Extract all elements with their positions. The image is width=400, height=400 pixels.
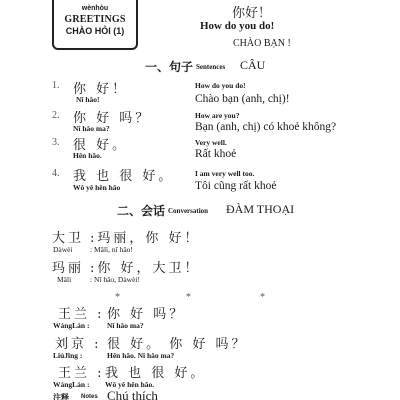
sentence-vietnamese: Rất khoẻ — [195, 148, 236, 160]
speaker-chinese: 大卫 — [52, 227, 84, 246]
speaker-pinyin: Mǎlì — [57, 275, 71, 284]
line-chinese: 很 好。 你 好 吗？ — [107, 333, 248, 352]
sentence-number: 3. — [52, 137, 60, 148]
speaker-chinese: 王兰 : — [58, 362, 105, 381]
line-chinese: 我 也 很 好。 — [105, 362, 206, 381]
sentence-vietnamese: Tôi cũng rất khoẻ — [195, 180, 276, 192]
section-conversation-chinese: 二、会话 — [117, 202, 165, 219]
sentence-english: Very well. — [195, 138, 227, 147]
speaker-pinyin: LiúJīng : — [53, 351, 82, 360]
sentence-pinyin: Nǐ hǎo! — [76, 95, 100, 104]
star: * — [186, 292, 191, 303]
line-chinese: :玛丽，你 好！ — [90, 227, 201, 246]
line-chinese: 你 好 吗？ — [107, 303, 185, 322]
title-english: How do you do! — [200, 20, 274, 32]
title-chinese: 你好！ — [232, 2, 271, 21]
speaker-chinese: 玛丽 — [52, 257, 84, 276]
sentence-english: How do you do! — [195, 81, 246, 90]
notes-english: Notes — [81, 394, 98, 400]
lesson-english: GREETINGS — [54, 14, 136, 25]
line-pinyin: : Nǐ hǎo, Dàwèi! — [90, 275, 140, 284]
line-chinese: :你 好，大卫！ — [90, 257, 201, 276]
lesson-vietnamese: CHÀO HỎI (1) — [54, 26, 136, 36]
notes-chinese: 注释 — [53, 392, 69, 400]
lesson-pinyin: wènhòu — [54, 5, 136, 12]
sentence-number: 1. — [52, 80, 60, 91]
sentence-number: 4. — [52, 168, 60, 179]
lesson-title-box: wènhòu GREETINGS CHÀO HỎI (1) — [52, 0, 138, 50]
speaker-chinese: 刘京 : — [55, 333, 102, 352]
line-pinyin: Nǐ hǎo ma? — [107, 321, 144, 330]
star: * — [115, 292, 120, 303]
star: * — [260, 292, 265, 303]
sentence-number: 2. — [52, 110, 60, 121]
line-pinyin: Hěn hǎo. Nǐ hǎo ma? — [107, 351, 174, 360]
notes-vietnamese: Chú thích — [107, 388, 158, 400]
title-vietnamese: CHÀO BẠN ! — [233, 38, 291, 49]
section-sentences-english: Sentences — [196, 63, 225, 71]
section-conversation-vietnamese: ĐÀM THOẠI — [226, 202, 294, 217]
sentence-vietnamese: Chào bạn (anh, chị)! — [195, 93, 290, 105]
sentence-pinyin: Wǒ yě hěn hǎo — [73, 183, 120, 192]
section-sentences-vietnamese: CÂU — [240, 58, 265, 73]
sentence-chinese: 我 也 很 好。 — [73, 165, 174, 184]
speaker-pinyin: Dàwèi — [53, 245, 73, 254]
sentence-english: I am very well too. — [195, 169, 254, 178]
sentence-vietnamese: Bạn (anh, chị) có khoẻ không? — [195, 121, 336, 133]
sentence-english: How are you? — [195, 111, 239, 120]
speaker-chinese: 王兰 : — [58, 303, 105, 322]
speaker-pinyin: WángLán : — [53, 321, 89, 330]
speaker-pinyin: WángLán : — [53, 380, 89, 389]
line-pinyin: : Mǎlì, nǐ hǎo! — [90, 245, 133, 254]
sentence-pinyin: Hěn hǎo. — [73, 151, 102, 160]
sentence-pinyin: Nǐ hǎo ma? — [73, 124, 110, 133]
section-conversation-english: Conversation — [168, 207, 208, 215]
section-sentences-chinese: 一、句子 — [145, 58, 193, 75]
